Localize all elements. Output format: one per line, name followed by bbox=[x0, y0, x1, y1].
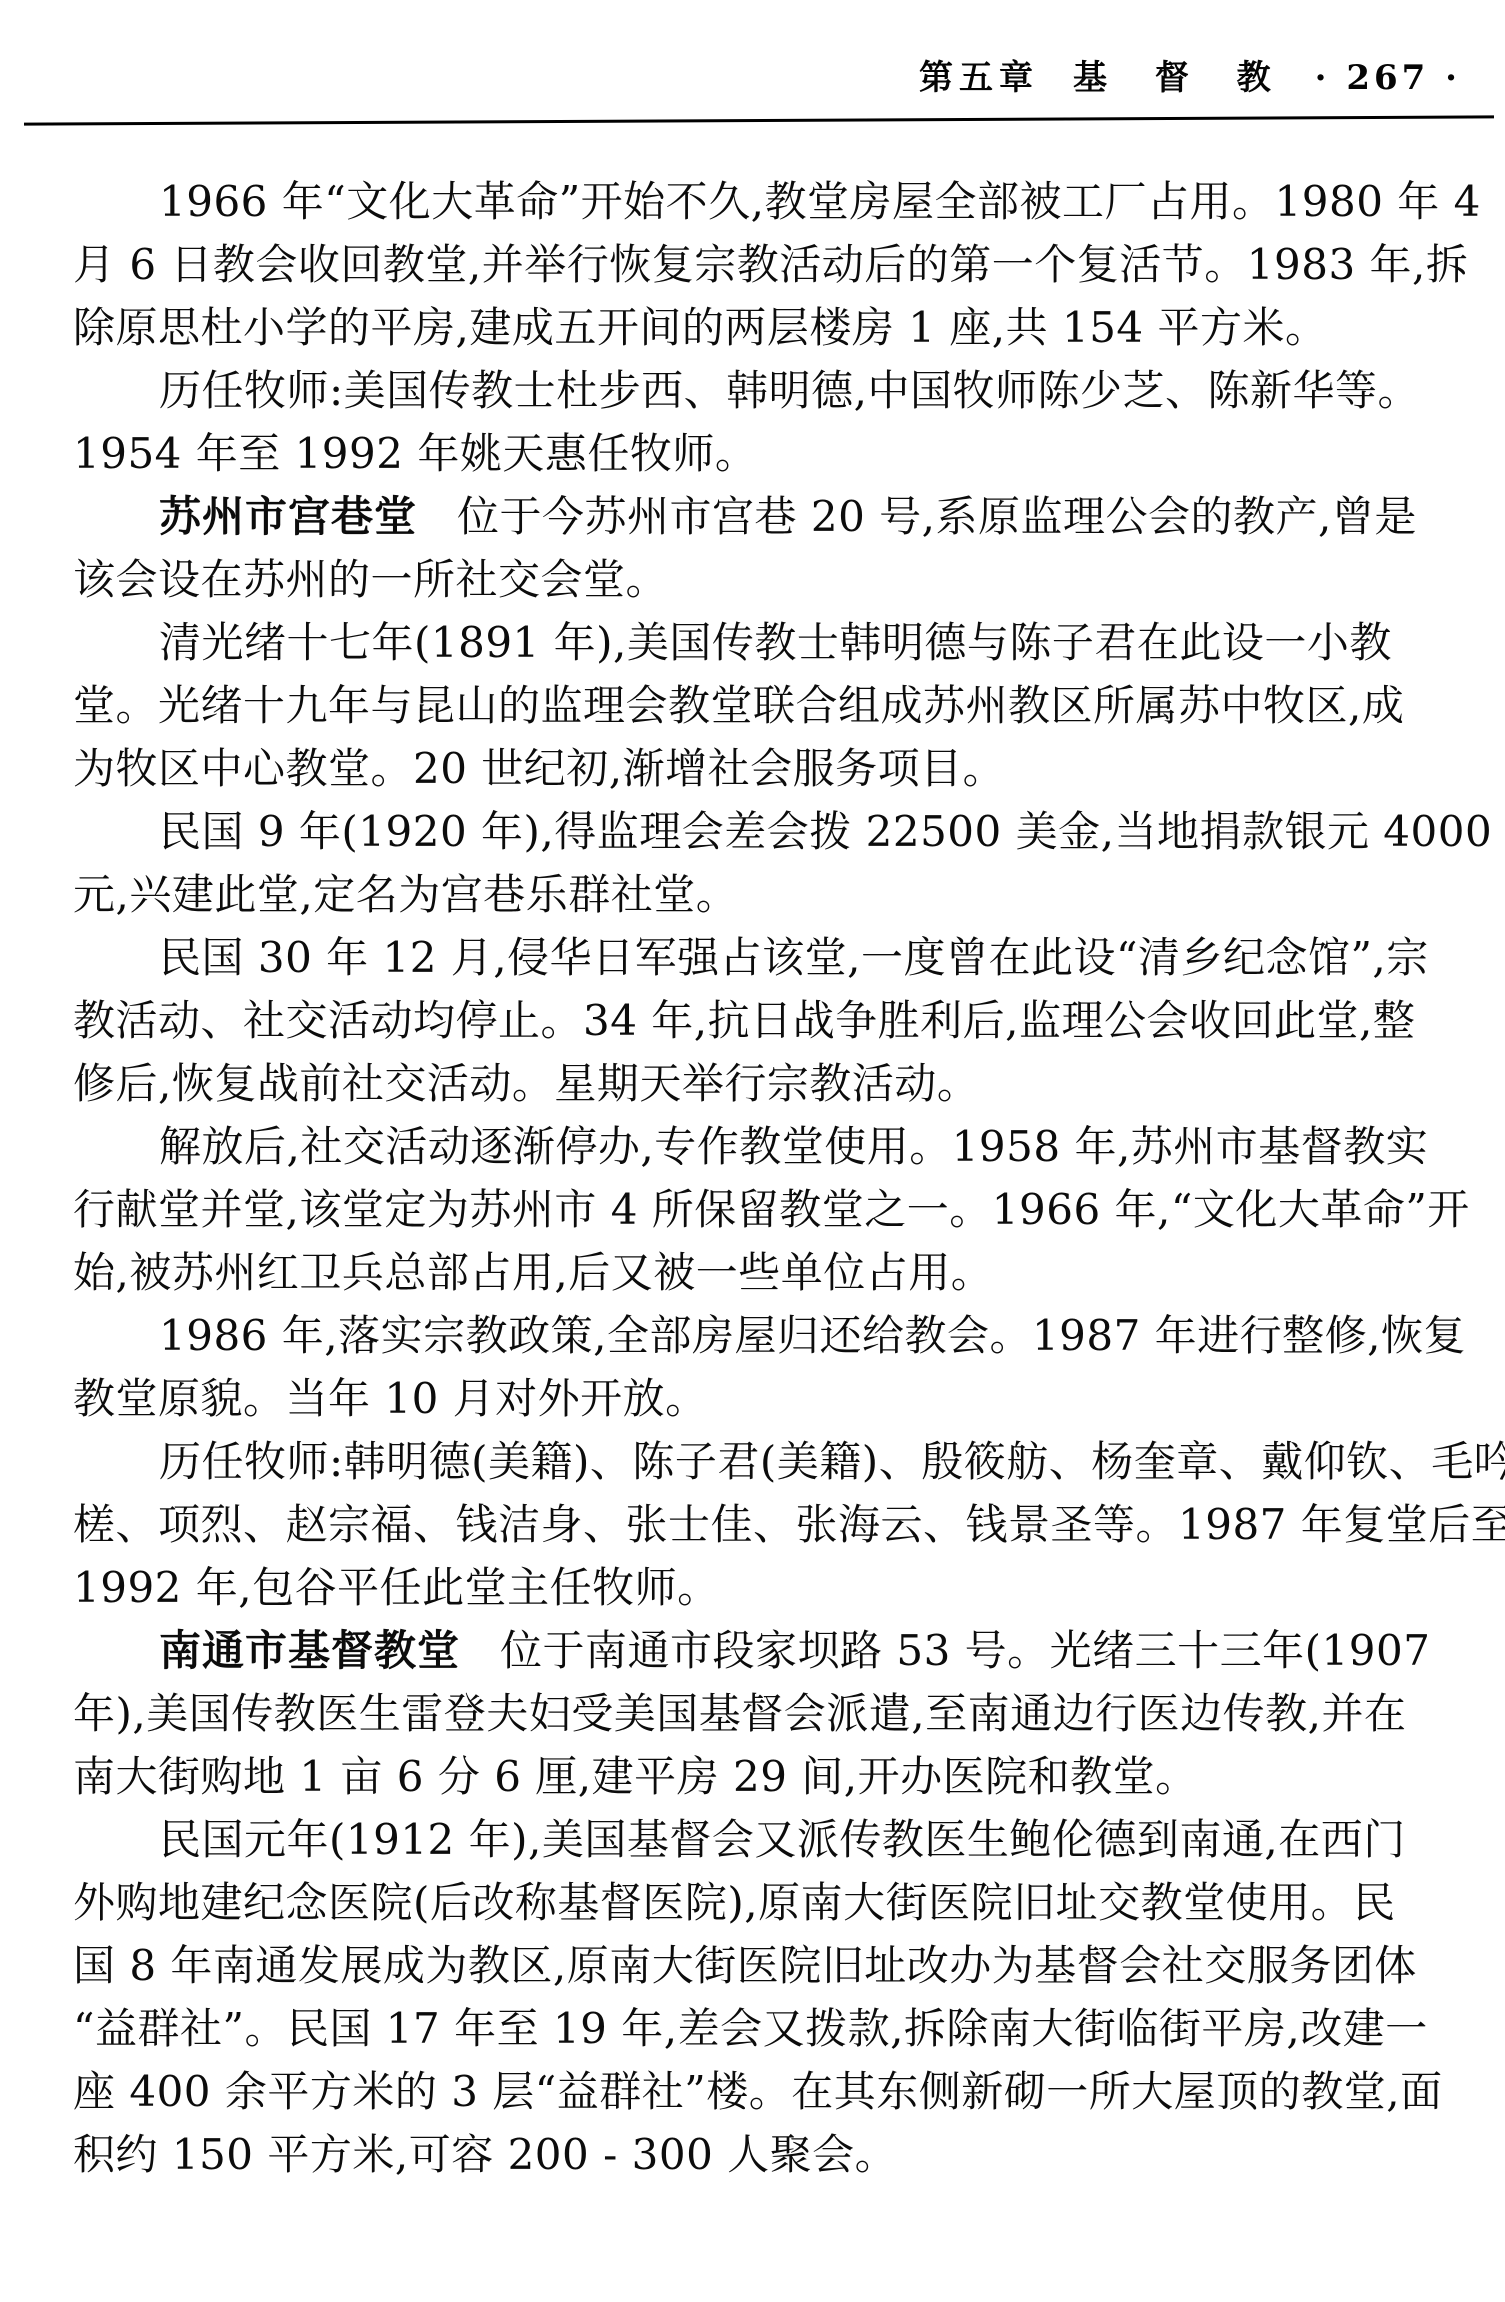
text-segment: 堂。光绪十九年与昆山的监理会教堂联合组成苏州教区所属苏中牧区,成 bbox=[73, 681, 1404, 730]
text-line: 民国 30 年 12 月,侵华日军强占该堂,一度曾在此设“清乡纪念馆”,宗 bbox=[73, 926, 1465, 989]
text-segment: 民国 9 年(1920 年),得监理会差会拨 22500 美金,当地捐款银元 4… bbox=[159, 807, 1492, 856]
text-line: 该会设在苏州的一所社交会堂。 bbox=[73, 548, 1465, 611]
book-page: 第五章基 督 教· 267 · 1966 年“文化大革命”开始不久,教堂房屋全部… bbox=[0, 0, 1505, 2302]
text-segment: 历任牧师:韩明德(美籍)、陈子君(美籍)、殷筱舫、杨奎章、戴仰钦、毛吟 bbox=[159, 1437, 1505, 1486]
section-label: 基 督 教 bbox=[1073, 58, 1289, 98]
text-segment: 行献堂并堂,该堂定为苏州市 4 所保留教堂之一。1966 年,“文化大革命”开 bbox=[73, 1185, 1470, 1234]
text-segment: 1992 年,包谷平任此堂主任牧师。 bbox=[73, 1563, 720, 1612]
text-line: 行献堂并堂,该堂定为苏州市 4 所保留教堂之一。1966 年,“文化大革命”开 bbox=[73, 1178, 1465, 1241]
text-line: 1986 年,落实宗教政策,全部房屋归还给教会。1987 年进行整修,恢复 bbox=[73, 1304, 1465, 1367]
text-segment: 积约 150 平方米,可容 200 - 300 人聚会。 bbox=[73, 2130, 897, 2179]
text-segment: 座 400 余平方米的 3 层“益群社”楼。在其东侧新砌一所大屋顶的教堂,面 bbox=[73, 2067, 1443, 2116]
text-line: 解放后,社交活动逐渐停办,专作教堂使用。1958 年,苏州市基督教实 bbox=[73, 1115, 1465, 1178]
text-segment: 位于南通市段家坝路 53 号。光绪三十三年(1907 bbox=[460, 1626, 1430, 1675]
text-segment: 月 6 日教会收回教堂,并举行恢复宗教活动后的第一个复活节。1983 年,拆 bbox=[73, 240, 1468, 289]
text-line: 槎、项烈、赵宗福、钱洁身、张士佳、张海云、钱景圣等。1987 年复堂后至 bbox=[73, 1493, 1465, 1556]
text-segment: 始,被苏州红卫兵总部占用,后又被一些单位占用。 bbox=[73, 1248, 993, 1297]
text-segment: 该会设在苏州的一所社交会堂。 bbox=[73, 555, 668, 604]
text-line: 座 400 余平方米的 3 层“益群社”楼。在其东侧新砌一所大屋顶的教堂,面 bbox=[73, 2060, 1465, 2123]
text-line: 历任牧师:美国传教士杜步西、韩明德,中国牧师陈少芝、陈新华等。 bbox=[73, 359, 1465, 422]
text-line: 历任牧师:韩明德(美籍)、陈子君(美籍)、殷筱舫、杨奎章、戴仰钦、毛吟 bbox=[73, 1430, 1465, 1493]
text-segment: 南大街购地 1 亩 6 分 6 厘,建平房 29 间,开办医院和教堂。 bbox=[73, 1752, 1198, 1801]
text-line: 堂。光绪十九年与昆山的监理会教堂联合组成苏州教区所属苏中牧区,成 bbox=[73, 674, 1465, 737]
page-body-text: 1966 年“文化大革命”开始不久,教堂房屋全部被工厂占用。1980 年 4月 … bbox=[73, 170, 1465, 2186]
text-line: 外购地建纪念医院(后改称基督医院),原南大街医院旧址交教堂使用。民 bbox=[73, 1871, 1465, 1934]
text-line: 1954 年至 1992 年姚天惠任牧师。 bbox=[73, 422, 1465, 485]
text-line: “益群社”。民国 17 年至 19 年,差会又拨款,拆除南大街临街平房,改建一 bbox=[73, 1997, 1465, 2060]
text-line: 苏州市宫巷堂位于今苏州市宫巷 20 号,系原监理公会的教产,曾是 bbox=[73, 485, 1465, 548]
text-line: 元,兴建此堂,定名为宫巷乐群社堂。 bbox=[73, 863, 1465, 926]
text-segment: 修后,恢复战前社交活动。星期天举行宗教活动。 bbox=[73, 1059, 979, 1108]
entry-heading: 南通市基督教堂 bbox=[159, 1626, 460, 1675]
text-segment: 位于今苏州市宫巷 20 号,系原监理公会的教产,曾是 bbox=[417, 492, 1417, 541]
text-segment: 历任牧师:美国传教士杜步西、韩明德,中国牧师陈少芝、陈新华等。 bbox=[159, 366, 1420, 415]
text-segment: 元,兴建此堂,定名为宫巷乐群社堂。 bbox=[73, 870, 738, 919]
text-segment: 1966 年“文化大革命”开始不久,教堂房屋全部被工厂占用。1980 年 4 bbox=[159, 177, 1481, 226]
text-line: 为牧区中心教堂。20 世纪初,渐增社会服务项目。 bbox=[73, 737, 1465, 800]
header-rule bbox=[24, 115, 1494, 125]
text-segment: 民国 30 年 12 月,侵华日军强占该堂,一度曾在此设“清乡纪念馆”,宗 bbox=[159, 933, 1429, 982]
text-line: 积约 150 平方米,可容 200 - 300 人聚会。 bbox=[73, 2123, 1465, 2186]
text-line: 年),美国传教医生雷登夫妇受美国基督会派遣,至南通边行医边传教,并在 bbox=[73, 1682, 1465, 1745]
text-line: 月 6 日教会收回教堂,并举行恢复宗教活动后的第一个复活节。1983 年,拆 bbox=[73, 233, 1465, 296]
text-segment: 清光绪十七年(1891 年),美国传教士韩明德与陈子君在此设一小教 bbox=[159, 618, 1392, 667]
running-header: 第五章基 督 教· 267 · bbox=[919, 50, 1461, 99]
text-line: 南通市基督教堂位于南通市段家坝路 53 号。光绪三十三年(1907 bbox=[73, 1619, 1465, 1682]
text-segment: 1986 年,落实宗教政策,全部房屋归还给教会。1987 年进行整修,恢复 bbox=[159, 1311, 1466, 1360]
page-number: · 267 · bbox=[1315, 58, 1461, 98]
text-segment: 为牧区中心教堂。20 世纪初,渐增社会服务项目。 bbox=[73, 744, 1005, 793]
text-segment: 解放后,社交活动逐渐停办,专作教堂使用。1958 年,苏州市基督教实 bbox=[159, 1122, 1428, 1171]
text-segment: 国 8 年南通发展成为教区,原南大街医院旧址改办为基督会社交服务团体 bbox=[73, 1941, 1417, 1990]
text-segment: 民国元年(1912 年),美国基督会又派传教医生鲍伦德到南通,在西门 bbox=[159, 1815, 1406, 1864]
text-segment: 教活动、社交活动均停止。34 年,抗日战争胜利后,监理公会收回此堂,整 bbox=[73, 996, 1415, 1045]
text-segment: 年),美国传教医生雷登夫妇受美国基督会派遣,至南通边行医边传教,并在 bbox=[73, 1689, 1406, 1738]
text-segment: 1954 年至 1992 年姚天惠任牧师。 bbox=[73, 429, 757, 478]
text-line: 教活动、社交活动均停止。34 年,抗日战争胜利后,监理公会收回此堂,整 bbox=[73, 989, 1465, 1052]
text-line: 除原思杜小学的平房,建成五开间的两层楼房 1 座,共 154 平方米。 bbox=[73, 296, 1465, 359]
text-segment: 外购地建纪念医院(后改称基督医院),原南大街医院旧址交教堂使用。民 bbox=[73, 1878, 1396, 1927]
text-line: 修后,恢复战前社交活动。星期天举行宗教活动。 bbox=[73, 1052, 1465, 1115]
text-line: 1992 年,包谷平任此堂主任牧师。 bbox=[73, 1556, 1465, 1619]
text-line: 民国元年(1912 年),美国基督会又派传教医生鲍伦德到南通,在西门 bbox=[73, 1808, 1465, 1871]
text-segment: 教堂原貌。当年 10 月对外开放。 bbox=[73, 1374, 708, 1423]
chapter-label: 第五章 bbox=[919, 58, 1039, 98]
text-line: 1966 年“文化大革命”开始不久,教堂房屋全部被工厂占用。1980 年 4 bbox=[73, 170, 1465, 233]
text-segment: 槎、项烈、赵宗福、钱洁身、张士佳、张海云、钱景圣等。1987 年复堂后至 bbox=[73, 1500, 1505, 1549]
text-line: 民国 9 年(1920 年),得监理会差会拨 22500 美金,当地捐款银元 4… bbox=[73, 800, 1465, 863]
text-line: 教堂原貌。当年 10 月对外开放。 bbox=[73, 1367, 1465, 1430]
text-segment: 除原思杜小学的平房,建成五开间的两层楼房 1 座,共 154 平方米。 bbox=[73, 303, 1328, 352]
text-line: 始,被苏州红卫兵总部占用,后又被一些单位占用。 bbox=[73, 1241, 1465, 1304]
text-line: 清光绪十七年(1891 年),美国传教士韩明德与陈子君在此设一小教 bbox=[73, 611, 1465, 674]
text-line: 国 8 年南通发展成为教区,原南大街医院旧址改办为基督会社交服务团体 bbox=[73, 1934, 1465, 1997]
text-segment: “益群社”。民国 17 年至 19 年,差会又拨款,拆除南大街临街平房,改建一 bbox=[73, 2004, 1428, 2053]
entry-heading: 苏州市宫巷堂 bbox=[159, 492, 417, 541]
text-line: 南大街购地 1 亩 6 分 6 厘,建平房 29 间,开办医院和教堂。 bbox=[73, 1745, 1465, 1808]
